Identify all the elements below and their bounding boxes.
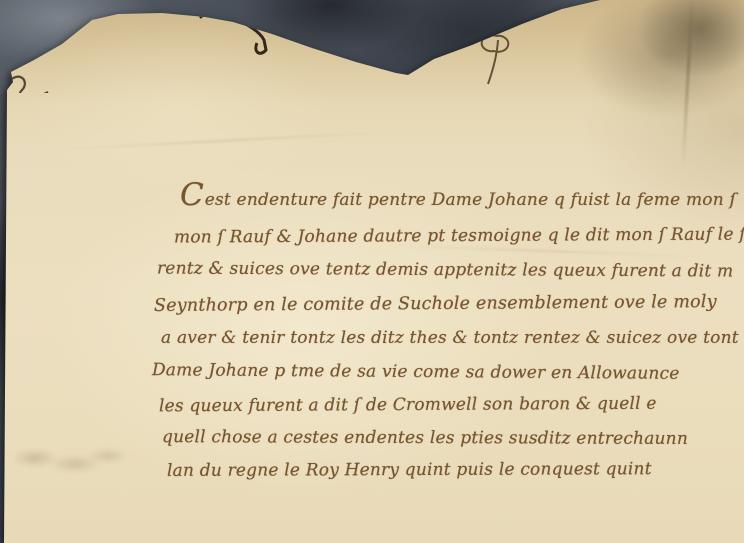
manuscript-line: les queux furent a dit ſ de Cromwell son… [159, 393, 657, 418]
vertical-crease [682, 0, 694, 168]
manuscript-line: Dame Johane p tme de sa vie come sa dowe… [152, 359, 680, 385]
ink-showthrough-smudge [10, 438, 125, 482]
photo-canvas: Cest endenture fait pentre Dame Johane q… [0, 0, 744, 543]
parchment: Cest endenture fait pentre Dame Johane q… [0, 0, 744, 543]
manuscript-line: lan du regne le Roy Henry quint puis le … [167, 458, 652, 482]
manuscript-text-block: Cest endenture fait pentre Dame Johane q… [152, 189, 744, 519]
manuscript-line: Cest endenture fait pentre Dame Johane q… [180, 189, 736, 211]
manuscript-line: rentz & suices ove tentz demis apptenitz… [157, 257, 733, 282]
diagonal-crease [40, 131, 400, 152]
parchment-shadow-wrap: Cest endenture fait pentre Dame Johane q… [0, 0, 744, 543]
manuscript-line: quell chose a cestes endentes les pties … [162, 426, 688, 450]
chirograph-letter-mark [228, 14, 290, 62]
manuscript-line: Seynthorp en le comite de Suchole ensemb… [154, 291, 717, 317]
manuscript-line: a aver & tenir tontz les ditz thes & ton… [161, 327, 739, 349]
manuscript-line: mon ſ Rauf & Johane dautre pt tesmoigne … [174, 224, 744, 249]
edge-ink-tick [197, 5, 223, 23]
edge-ink-flourish-left [2, 38, 54, 93]
nine-shaped-ink-mark [466, 28, 518, 90]
